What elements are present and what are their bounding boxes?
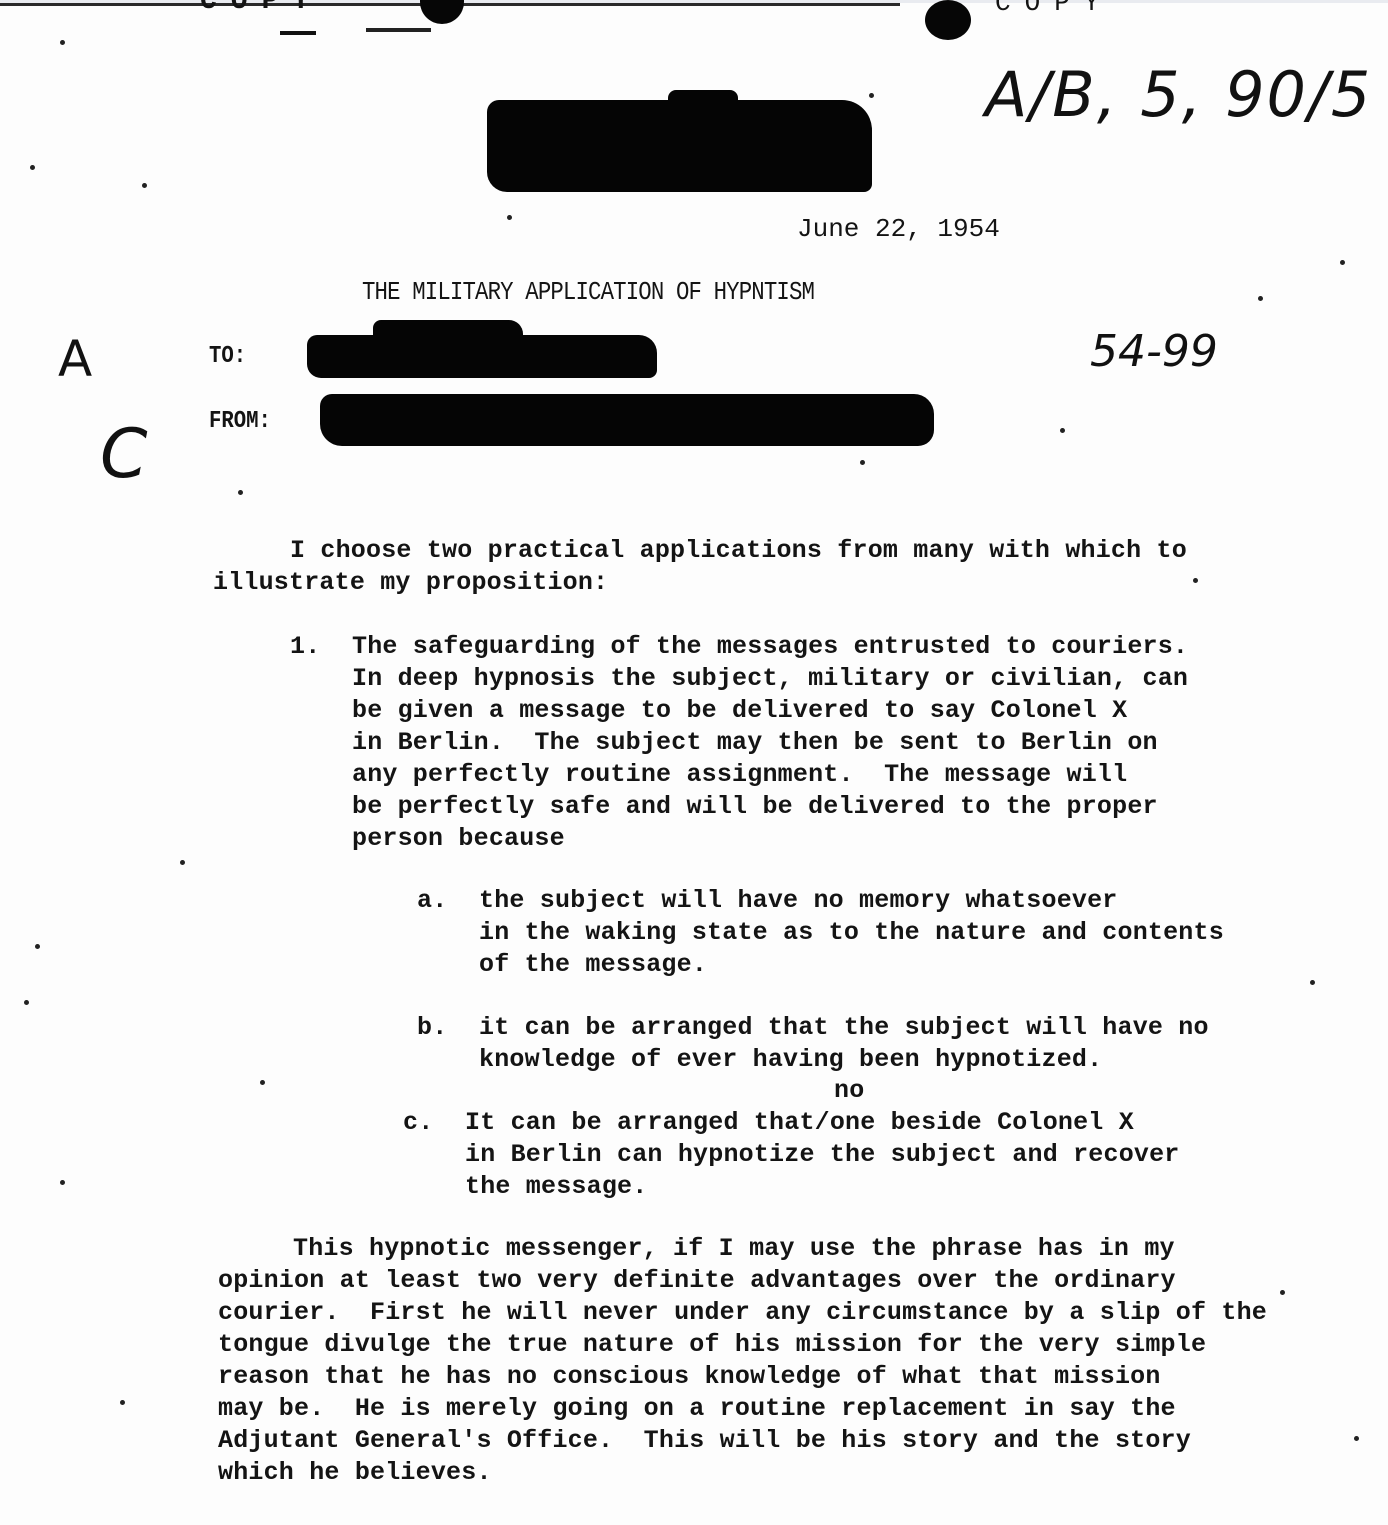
item1-line: The safeguarding of the messages entrust… <box>352 632 1188 661</box>
scan-speck <box>260 1080 265 1085</box>
scan-speck <box>507 215 512 220</box>
sub-c-line: in Berlin can hypnotize the subject and … <box>465 1140 1180 1169</box>
handwritten-insert: no <box>834 1076 864 1105</box>
sub-b-line: it can be arranged that the subject will… <box>479 1013 1209 1042</box>
ink-blot <box>420 0 464 24</box>
sub-label: b. <box>417 1013 447 1042</box>
item1-line: In deep hypnosis the subject, military o… <box>352 664 1188 693</box>
scan-speck <box>35 944 40 949</box>
sub-c-line: It can be arranged that/one beside Colon… <box>465 1108 1134 1137</box>
redaction-to <box>307 335 657 378</box>
closing-line: tongue divulge the true nature of his mi… <box>218 1330 1206 1359</box>
scan-speck <box>1340 260 1345 265</box>
item1-line: be given a message to be delivered to sa… <box>352 696 1127 725</box>
scan-speck <box>180 860 185 865</box>
item1-line: in Berlin. The subject may then be sent … <box>352 728 1158 757</box>
closing-line: reason that he has no conscious knowledg… <box>218 1362 1161 1391</box>
intro-line: illustrate my proposition: <box>213 568 608 597</box>
scan-speck <box>30 165 35 170</box>
item1-line: be perfectly safe and will be delivered … <box>352 792 1158 821</box>
closing-line: This hypnotic messenger, if I may use th… <box>293 1234 1175 1263</box>
scan-speck <box>1193 578 1198 583</box>
copy-stamp-right: COPY <box>995 0 1113 18</box>
scan-speck <box>24 1000 29 1005</box>
copy-stamp-left: COPY <box>200 0 323 17</box>
scan-speck <box>1060 428 1065 433</box>
scan-speck <box>142 183 147 188</box>
scan-speck <box>120 1400 125 1405</box>
handwritten-number: 54-99 <box>1090 326 1218 377</box>
margin-mark-c: C <box>100 415 147 494</box>
intro-line: I choose two practical applications from… <box>290 536 1187 565</box>
scan-speck <box>60 40 65 45</box>
redaction-letterhead <box>487 100 872 192</box>
sub-label: c. <box>403 1108 433 1137</box>
document-title: THE MILITARY APPLICATION OF HYPNTISM <box>362 277 814 307</box>
scan-speck <box>869 93 874 98</box>
scan-speck <box>860 460 865 465</box>
from-label: FROM: <box>209 408 271 435</box>
redaction-from <box>320 394 934 446</box>
underline-mark <box>280 31 316 35</box>
sub-a-line: the subject will have no memory whatsoev… <box>479 886 1118 915</box>
closing-line: which he believes. <box>218 1458 492 1487</box>
to-label: TO: <box>209 343 246 370</box>
sub-a-line: in the waking state as to the nature and… <box>479 918 1224 947</box>
sub-label: a. <box>417 886 447 915</box>
punch-hole-icon <box>925 0 971 40</box>
closing-line: may be. He is merely going on a routine … <box>218 1394 1176 1423</box>
handwritten-reference: A/B, 5, 90/5 <box>985 58 1372 131</box>
sub-b-line: knowledge of ever having been hypnotized… <box>479 1045 1102 1074</box>
closing-line: courier. First he will never under any c… <box>218 1298 1267 1327</box>
item1-line: any perfectly routine assignment. The me… <box>352 760 1127 789</box>
sub-a-line: of the message. <box>479 950 707 979</box>
scan-speck <box>1258 296 1263 301</box>
scan-speck <box>1280 1290 1285 1295</box>
scan-speck <box>60 1180 65 1185</box>
closing-line: Adjutant General's Office. This will be … <box>218 1426 1191 1455</box>
document-date: June 22, 1954 <box>797 214 1000 244</box>
closing-line: opinion at least two very definite advan… <box>218 1266 1176 1295</box>
scan-speck <box>1310 980 1315 985</box>
scan-speck <box>238 490 243 495</box>
scan-speck <box>1354 1436 1359 1441</box>
underline-mark <box>366 28 431 32</box>
sub-c-line: the message. <box>465 1172 647 1201</box>
item1-line: person because <box>352 824 565 853</box>
item-number: 1. <box>290 632 320 661</box>
margin-mark-a: A <box>58 330 92 388</box>
